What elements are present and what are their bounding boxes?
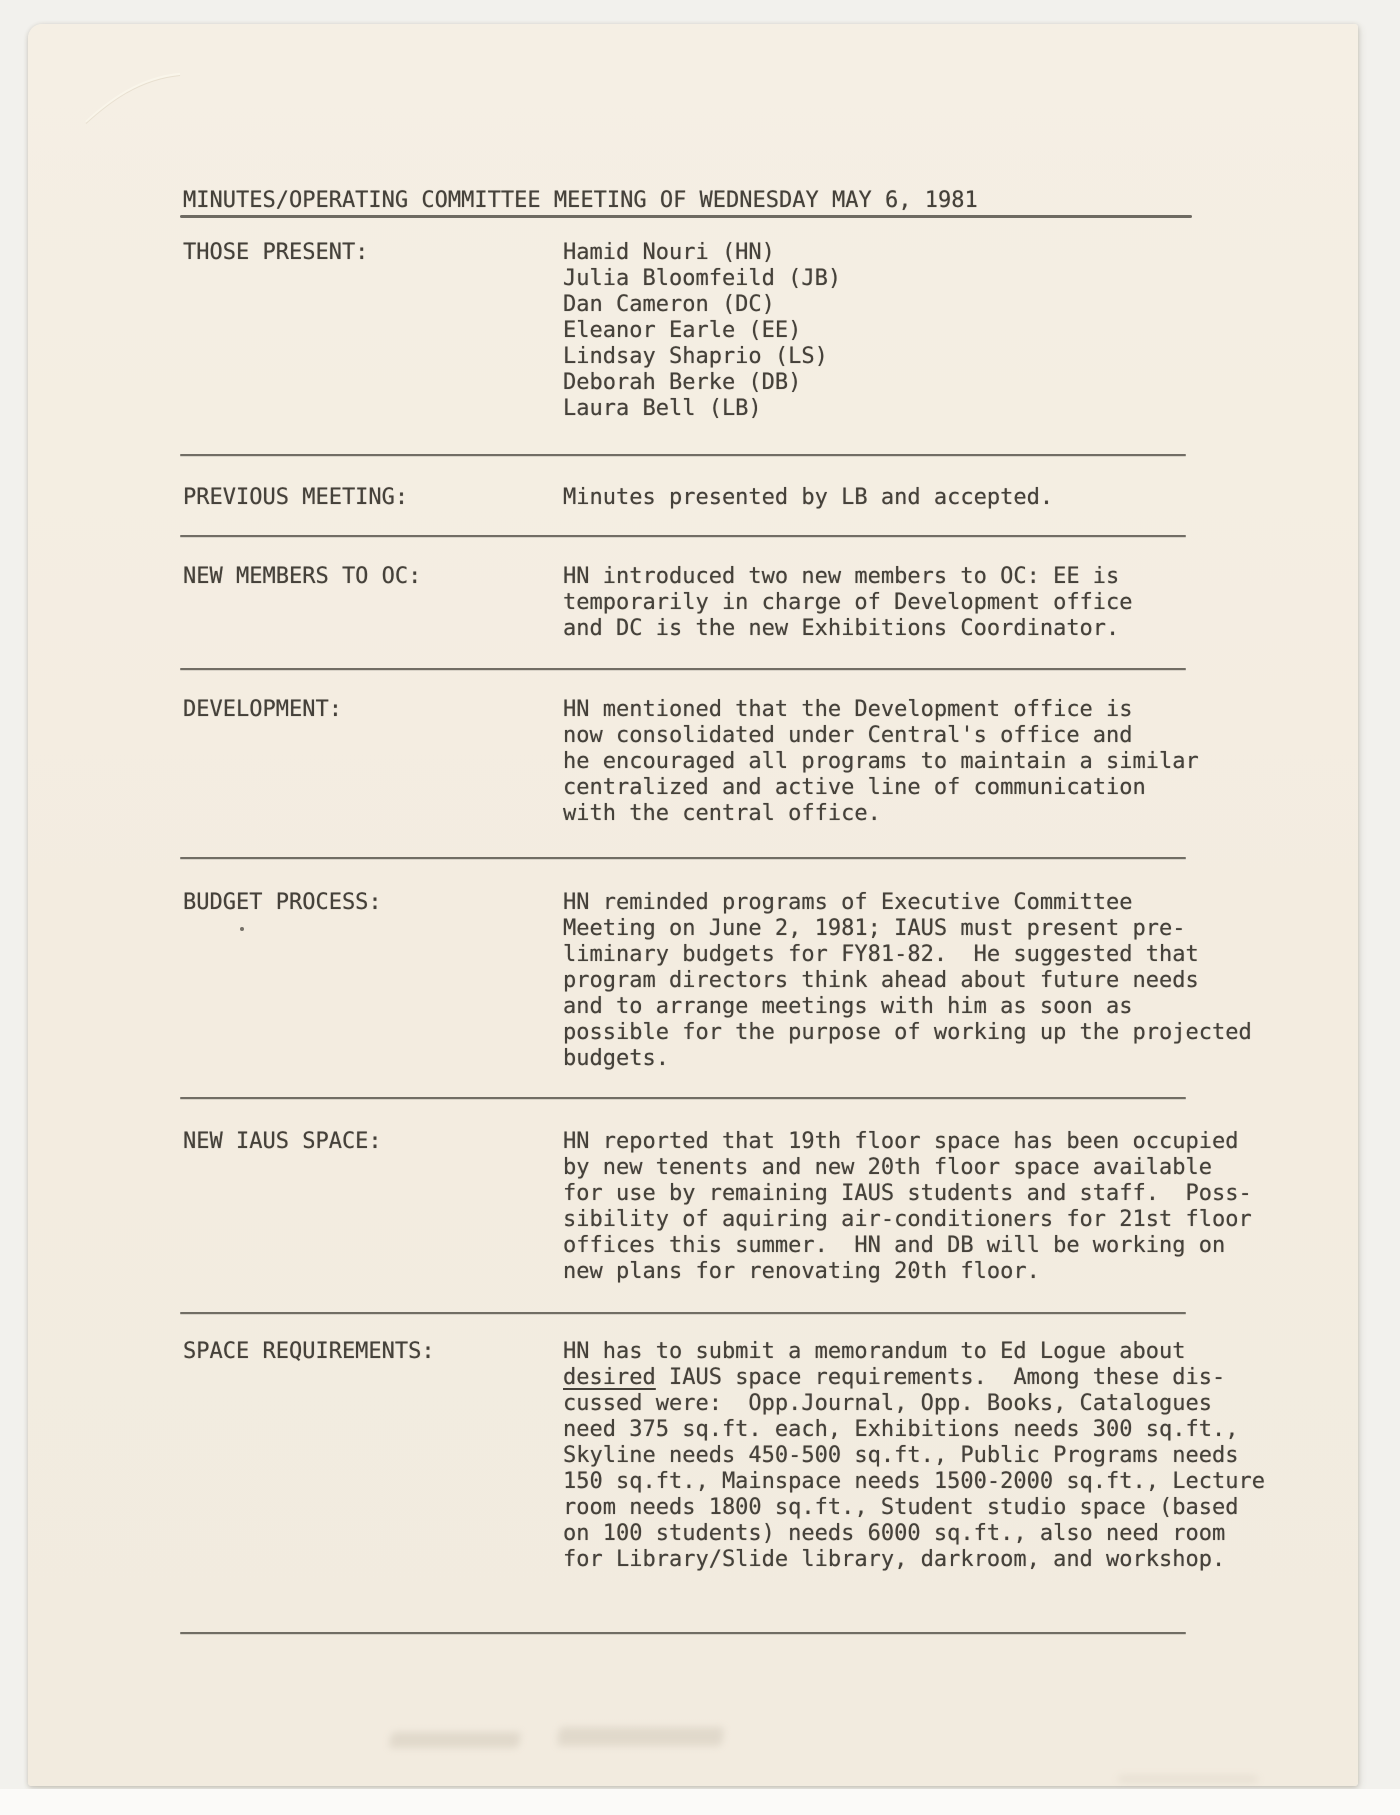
text-line: for use by remaining IAUS students and s… bbox=[563, 1181, 1252, 1207]
text-line: temporarily in charge of Development off… bbox=[563, 590, 1133, 616]
text-line: Meeting on June 2, 1981; IAUS must prese… bbox=[563, 916, 1252, 942]
text-line: centralized and active line of communica… bbox=[563, 775, 1199, 801]
section-divider bbox=[180, 1312, 1186, 1314]
section-label: BUDGET PROCESS: bbox=[183, 890, 382, 916]
text-line: HN introduced two new members to OC: EE … bbox=[563, 564, 1133, 590]
text-line: on 100 students) needs 6000 sq.ft., also… bbox=[563, 1521, 1265, 1547]
section-body: Minutes presented by LB and accepted. bbox=[563, 485, 1053, 511]
underlined-word: desired bbox=[563, 1365, 656, 1390]
text-line: cussed were: Opp.Journal, Opp. Books, Ca… bbox=[563, 1391, 1265, 1417]
section-divider bbox=[180, 1097, 1186, 1099]
section-divider bbox=[180, 857, 1186, 859]
title-underline bbox=[180, 215, 1192, 218]
text-line: HN has to submit a memorandum to Ed Logu… bbox=[563, 1339, 1265, 1365]
section-divider bbox=[180, 454, 1186, 456]
text-line: Laura Bell (LB) bbox=[563, 396, 841, 422]
section-body: HN has to submit a memorandum to Ed Logu… bbox=[563, 1339, 1265, 1573]
section-label: THOSE PRESENT: bbox=[183, 240, 368, 266]
ink-bleed-through bbox=[557, 1727, 724, 1746]
text-line: now consolidated under Central's office … bbox=[563, 723, 1199, 749]
text-line: Deborah Berke (DB) bbox=[563, 370, 841, 396]
text-line: sibility of aquiring air-conditioners fo… bbox=[563, 1207, 1252, 1233]
text-line: offices this summer. HN and DB will be w… bbox=[563, 1233, 1252, 1259]
text-line: Eleanor Earle (EE) bbox=[563, 318, 841, 344]
text-line: with the central office. bbox=[563, 801, 1199, 827]
ink-bleed-through bbox=[389, 1732, 521, 1748]
section-body: HN mentioned that the Development office… bbox=[563, 697, 1199, 827]
section-body: Hamid Nouri (HN)Julia Bloomfeild (JB)Dan… bbox=[563, 240, 841, 422]
text-line: HN reminded programs of Executive Commit… bbox=[563, 890, 1252, 916]
section-divider bbox=[180, 1632, 1186, 1634]
section-body: HN introduced two new members to OC: EE … bbox=[563, 564, 1133, 642]
text-line: for Library/Slide library, darkroom, and… bbox=[563, 1547, 1265, 1573]
text-line: Minutes presented by LB and accepted. bbox=[563, 485, 1053, 511]
text-line: liminary budgets for FY81-82. He suggest… bbox=[563, 942, 1252, 968]
text-line: program directors think ahead about futu… bbox=[563, 968, 1252, 994]
text-line: Hamid Nouri (HN) bbox=[563, 240, 841, 266]
scanned-document-background: { "document": { "title": "MINUTES/OPERAT… bbox=[0, 0, 1400, 1815]
section-divider bbox=[180, 535, 1186, 537]
typewriter-stray-dot bbox=[240, 927, 244, 931]
section-body: HN reminded programs of Executive Commit… bbox=[563, 890, 1252, 1072]
text-line: HN reported that 19th floor space has be… bbox=[563, 1129, 1252, 1155]
section-divider bbox=[180, 668, 1186, 670]
text-line: and DC is the new Exhibitions Coordinato… bbox=[563, 616, 1133, 642]
section-label: SPACE REQUIREMENTS: bbox=[183, 1339, 435, 1365]
text-line: HN mentioned that the Development office… bbox=[563, 697, 1199, 723]
text-line: Lindsay Shaprio (LS) bbox=[563, 344, 841, 370]
paper-scratch-mark bbox=[78, 60, 188, 130]
text-line: new plans for renovating 20th floor. bbox=[563, 1259, 1252, 1285]
text-line: desired IAUS space requirements. Among t… bbox=[563, 1365, 1265, 1391]
text-line: and to arrange meetings with him as soon… bbox=[563, 994, 1252, 1020]
section-body: HN reported that 19th floor space has be… bbox=[563, 1129, 1252, 1285]
section-label: DEVELOPMENT: bbox=[183, 697, 342, 723]
text-line: he encouraged all programs to maintain a… bbox=[563, 749, 1199, 775]
text-line: budgets. bbox=[563, 1046, 1252, 1072]
section-label: NEW MEMBERS TO OC: bbox=[183, 564, 421, 590]
text-line: need 375 sq.ft. each, Exhibitions needs … bbox=[563, 1417, 1265, 1443]
text-line: Skyline needs 450-500 sq.ft., Public Pro… bbox=[563, 1443, 1265, 1469]
document-title: MINUTES/OPERATING COMMITTEE MEETING OF W… bbox=[183, 188, 978, 214]
section-label: NEW IAUS SPACE: bbox=[183, 1129, 382, 1155]
scan-background-strip bbox=[0, 1789, 1400, 1815]
section-label: PREVIOUS MEETING: bbox=[183, 485, 408, 511]
text-line: Dan Cameron (DC) bbox=[563, 292, 841, 318]
document-page: MINUTES/OPERATING COMMITTEE MEETING OF W… bbox=[28, 24, 1358, 1786]
text-line: room needs 1800 sq.ft., Student studio s… bbox=[563, 1495, 1265, 1521]
text-line: 150 sq.ft., Mainspace needs 1500-2000 sq… bbox=[563, 1469, 1265, 1495]
text-line: Julia Bloomfeild (JB) bbox=[563, 266, 841, 292]
ink-bleed-through bbox=[1118, 1776, 1258, 1782]
text-line: by new tenents and new 20th floor space … bbox=[563, 1155, 1252, 1181]
text-line: possible for the purpose of working up t… bbox=[563, 1020, 1252, 1046]
